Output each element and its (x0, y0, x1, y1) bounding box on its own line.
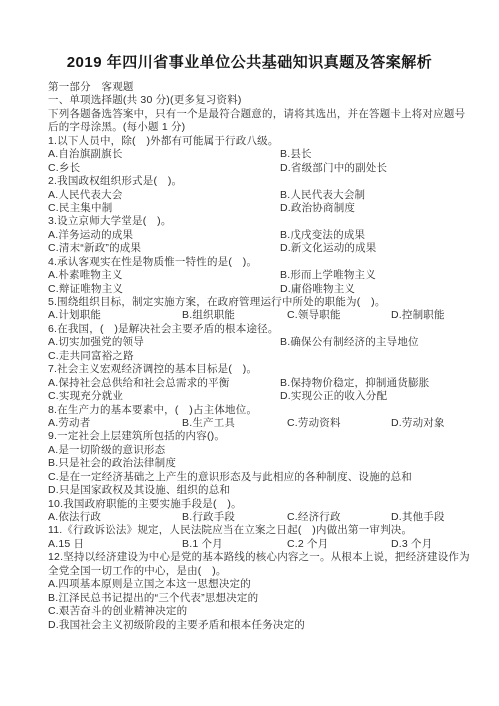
option-label: C.经济行政 (287, 511, 391, 524)
option-label: B.江泽民总书记提出的“三个代表”思想决定的 (48, 592, 461, 605)
option-label: D.庸俗唯物主义 (280, 283, 461, 296)
option-label: B.戊戌变法的成果 (280, 229, 461, 242)
option-label: D.劳动对象 (391, 417, 461, 430)
option-label: B.保持物价稳定，抑制通货膨胀 (280, 377, 461, 390)
option-label: C.实现充分就业 (48, 390, 280, 403)
option-label: C.清末“新政”的成果 (48, 242, 280, 255)
options-group: A.保持社会总供给和社会总需求的平衡B.保持物价稳定，抑制通货膨胀C.实现充分就… (48, 377, 461, 404)
question-block: 4.承认客观实在性是物质惟一特性的是( )。A.朴素唯物主义B.形而上学唯物主义… (48, 256, 461, 296)
instructions-line: 后的字母涂黑。(每小题 1 分) (48, 121, 461, 134)
question-block: 7.社会主义宏观经济调控的基本目标是( )。A.保持社会总供给和社会总需求的平衡… (48, 363, 461, 403)
question-block: 1.以下人员中，除( )外都有可能属于行政八级。A.自治旗副旗长B.县长C.乡长… (48, 135, 461, 175)
question-stem: 7.社会主义宏观经济调控的基本目标是( )。 (48, 363, 461, 376)
option-label: A.15 日 (48, 538, 182, 551)
question-stem: 9.一定社会上层建筑所包括的内容()。 (48, 430, 461, 443)
question-block: 10.我国政府职能的主要实施手段是( )。A.依法行政B.行政手段C.经济行政D… (48, 498, 461, 525)
question-block: 6.在我国，( )是解决社会主要矛盾的根本途径。A.切实加强党的领导B.确保公有… (48, 323, 461, 363)
question-block: 2.我国政权组织形式是( )。A.人民代表大会B.人民代表大会制C.民主集中制D… (48, 175, 461, 215)
question-stem: 12.坚持以经济建设为中心是党的基本路线的核心内容之一。从根本上说，把经济建设作… (48, 551, 461, 564)
question-stem: 2.我国政权组织形式是( )。 (48, 175, 461, 188)
question-stem: 1.以下人员中，除( )外都有可能属于行政八级。 (48, 135, 461, 148)
option-label: D.新文化运动的成果 (280, 242, 461, 255)
question-block: 3.设立京师大学堂是( )。A.洋务运动的成果B.戊戌变法的成果C.清末“新政”… (48, 215, 461, 255)
options-group: A.是一切阶级的意识形态B.只是社会的政治法律制度C.是在一定经济基础之上产生的… (48, 444, 461, 498)
option-label: D.其他手段 (391, 511, 461, 524)
option-label: B.人民代表大会制 (280, 189, 461, 202)
option-label: D.实现公正的收入分配 (280, 390, 461, 403)
option-label: B.1 个月 (182, 538, 287, 551)
option-label: A.自治旗副旗长 (48, 148, 280, 161)
option-label: D.只是国家政权及其设施、组织的总和 (48, 484, 461, 497)
option-label: A.切实加强党的领导 (48, 336, 280, 349)
option-label: D.3 个月 (391, 538, 461, 551)
option-label: C.领导职能 (287, 309, 391, 322)
question-stem: 3.设立京师大学堂是( )。 (48, 215, 461, 228)
question-stem: 5.围绕组织目标，制定实施方案，在政府管理运行中所处的职能为( )。 (48, 296, 461, 309)
options-group: A.劳动者B.生产工具C.劳动资料D.劳动对象 (48, 417, 461, 430)
option-label: B.县长 (280, 148, 461, 161)
options-group: A.切实加强党的领导B.确保公有制经济的主导地位C.走共同富裕之路 (48, 336, 461, 363)
option-label: B.行政手段 (182, 511, 287, 524)
option-label: B.组织职能 (182, 309, 287, 322)
option-label: C.民主集中制 (48, 202, 280, 215)
options-group: A.计划职能B.组织职能C.领导职能D.控制职能 (48, 309, 461, 322)
option-label: A.保持社会总供给和社会总需求的平衡 (48, 377, 280, 390)
question-stem: 11.《行政诉讼法》规定，人民法院应当在立案之日起( )内做出第一审判决。 (48, 524, 461, 537)
question-block: 5.围绕组织目标，制定实施方案，在政府管理运行中所处的职能为( )。A.计划职能… (48, 296, 461, 323)
question-block: 12.坚持以经济建设为中心是党的基本路线的核心内容之一。从根本上说，把经济建设作… (48, 551, 461, 632)
option-label: A.计划职能 (48, 309, 182, 322)
question-block: 9.一定社会上层建筑所包括的内容()。A.是一切阶级的意识形态B.只是社会的政治… (48, 430, 461, 497)
option-label: A.洋务运动的成果 (48, 229, 280, 242)
question-stem: 10.我国政府职能的主要实施手段是( )。 (48, 498, 461, 511)
options-group: A.洋务运动的成果B.戊戌变法的成果C.清末“新政”的成果D.新文化运动的成果 (48, 229, 461, 256)
document-body: 第一部分 客观题 一、单项选择题(共 30 分)(更多复习资料) 下列各题备选答… (0, 72, 499, 632)
option-label: C.劳动资料 (287, 417, 391, 430)
options-group: A.依法行政B.行政手段C.经济行政D.其他手段 (48, 511, 461, 524)
question-stem: 8.在生产力的基本要素中，( )占主体地位。 (48, 404, 461, 417)
options-group: A.朴素唯物主义B.形而上学唯物主义C.辩证唯物主义D.庸俗唯物主义 (48, 269, 461, 296)
options-group: A.自治旗副旗长B.县长C.乡长D.省级部门中的副处长 (48, 148, 461, 175)
option-label: B.只是社会的政治法律制度 (48, 457, 461, 470)
options-group: A.人民代表大会B.人民代表大会制C.民主集中制D.政治协商制度 (48, 189, 461, 216)
option-label: D.省级部门中的副处长 (280, 162, 461, 175)
option-label: D.我国社会主义初级阶段的主要矛盾和根本任务决定的 (48, 619, 461, 632)
option-label: A.依法行政 (48, 511, 182, 524)
question-stem: 4.承认客观实在性是物质惟一特性的是( )。 (48, 256, 461, 269)
document-page: 2019 年四川省事业单位公共基础知识真题及答案解析 第一部分 客观题 一、单项… (0, 0, 499, 706)
option-label: C.是在一定经济基础之上产生的意识形态及与此相应的各种制度、设施的总和 (48, 471, 461, 484)
section-heading: 第一部分 客观题 (48, 81, 461, 94)
option-label: B.生产工具 (182, 417, 287, 430)
option-label: C.乡长 (48, 162, 280, 175)
option-label: A.四项基本原则是立国之本这一思想决定的 (48, 578, 461, 591)
option-label: C.走共同富裕之路 (48, 350, 280, 363)
option-label: C.2 个月 (287, 538, 391, 551)
question-block: 11.《行政诉讼法》规定，人民法院应当在立案之日起( )内做出第一审判决。A.1… (48, 524, 461, 551)
option-label: D.政治协商制度 (280, 202, 461, 215)
option-label: A.是一切阶级的意识形态 (48, 444, 461, 457)
instructions-line: 下列各题备选答案中，只有一个是最符合题意的，请将其选出，并在答题卡上将对应题号 (48, 108, 461, 121)
subsection-heading: 一、单项选择题(共 30 分)(更多复习资料) (48, 94, 461, 107)
option-label: C.艰苦奋斗的创业精神决定的 (48, 605, 461, 618)
page-title: 2019 年四川省事业单位公共基础知识真题及答案解析 (0, 0, 499, 72)
option-label: B.形而上学唯物主义 (280, 269, 461, 282)
question-stem: 6.在我国，( )是解决社会主要矛盾的根本途径。 (48, 323, 461, 336)
option-label: A.人民代表大会 (48, 189, 280, 202)
option-label: A.劳动者 (48, 417, 182, 430)
option-label: B.确保公有制经济的主导地位 (280, 336, 461, 349)
options-group: A.15 日B.1 个月C.2 个月D.3 个月 (48, 538, 461, 551)
questions-container: 1.以下人员中，除( )外都有可能属于行政八级。A.自治旗副旗长B.县长C.乡长… (48, 135, 461, 632)
options-group: A.四项基本原则是立国之本这一思想决定的B.江泽民总书记提出的“三个代表”思想决… (48, 578, 461, 632)
question-stem: 全党全国一切工作的中心，是由( )。 (48, 565, 461, 578)
option-label: D.控制职能 (391, 309, 461, 322)
option-label: A.朴素唯物主义 (48, 269, 280, 282)
option-label: C.辩证唯物主义 (48, 283, 280, 296)
question-block: 8.在生产力的基本要素中，( )占主体地位。A.劳动者B.生产工具C.劳动资料D… (48, 404, 461, 431)
